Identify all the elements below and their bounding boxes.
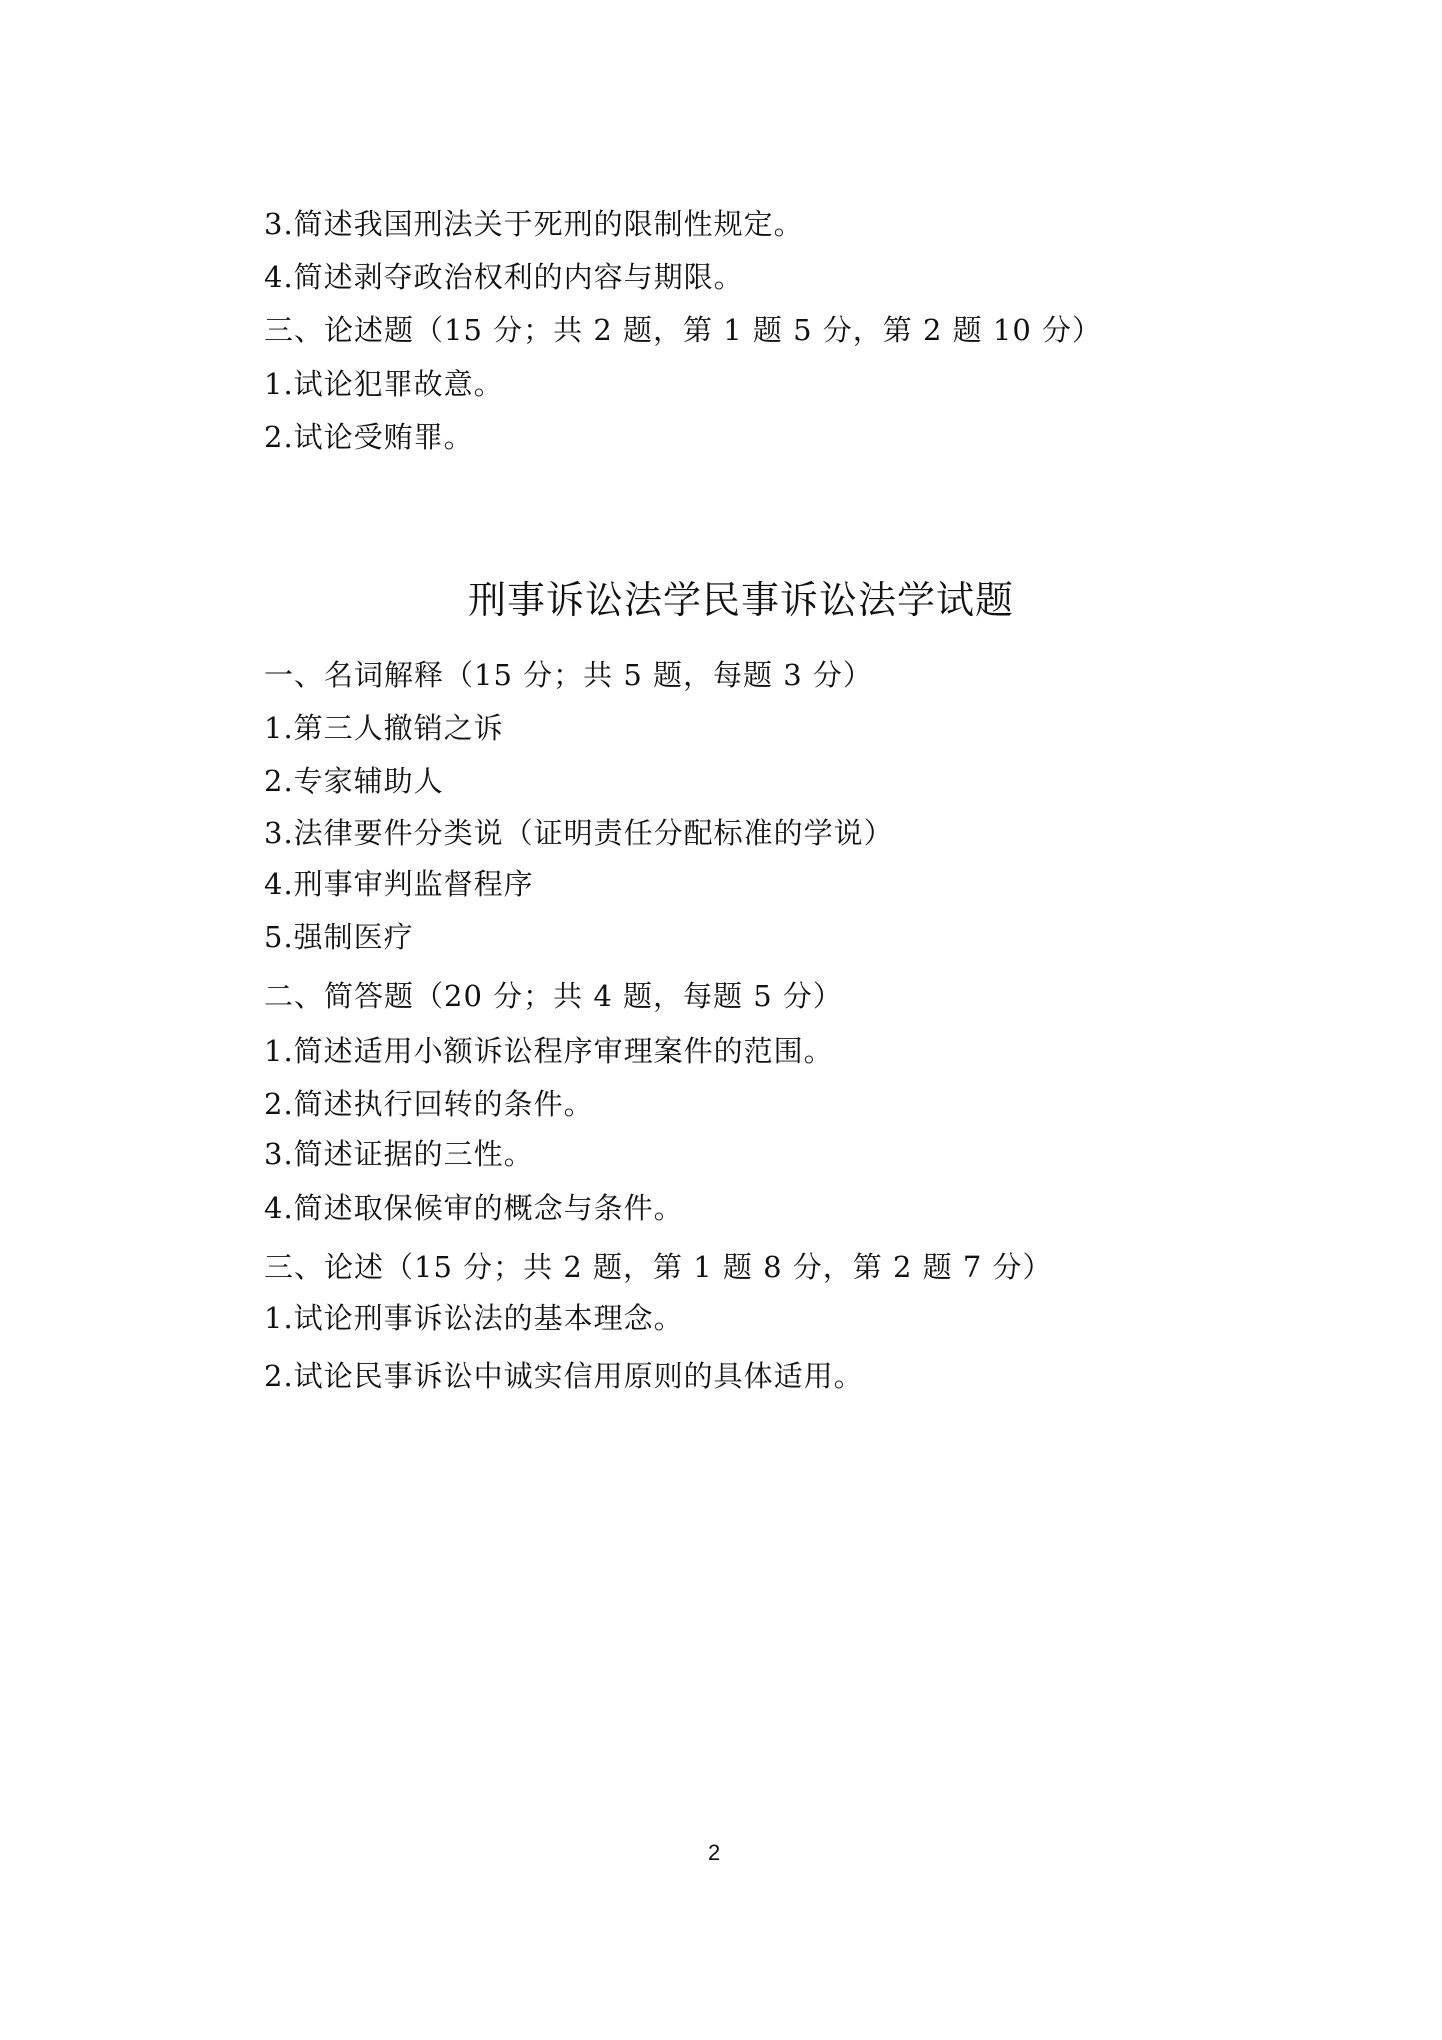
question-line: 2.简述执行回转的条件。 (264, 1086, 594, 1122)
section-heading: 一、名词解释（15 分；共 5 题，每题 3 分） (264, 657, 873, 693)
section-heading: 三、论述题（15 分；共 2 题，第 1 题 5 分，第 2 题 10 分） (264, 312, 1102, 348)
exam-title: 刑事诉讼法学民事诉讼法学试题 (0, 578, 1442, 622)
question-line: 4.刑事审判监督程序 (264, 866, 534, 902)
question-line: 3.法律要件分类说（证明责任分配标准的学说） (264, 815, 894, 851)
question-line: 4.简述剥夺政治权利的内容与期限。 (264, 259, 744, 295)
section-heading: 三、论述（15 分；共 2 题，第 1 题 8 分，第 2 题 7 分） (264, 1249, 1053, 1285)
question-line: 1.试论刑事诉讼法的基本理念。 (264, 1300, 684, 1336)
question-line: 3.简述我国刑法关于死刑的限制性规定。 (264, 206, 804, 242)
question-line: 3.简述证据的三性。 (264, 1136, 534, 1172)
question-line: 1.第三人撤销之诉 (264, 710, 504, 746)
question-line: 1.简述适用小额诉讼程序审理案件的范围。 (264, 1033, 834, 1069)
question-line: 2.专家辅助人 (264, 763, 444, 799)
question-line: 2.试论受贿罪。 (264, 419, 474, 455)
question-line: 1.试论犯罪故意。 (264, 366, 504, 402)
question-line: 5.强制医疗 (264, 919, 414, 955)
section-heading: 二、简答题（20 分；共 4 题，每题 5 分） (264, 978, 843, 1014)
question-line: 4.简述取保候审的概念与条件。 (264, 1190, 684, 1226)
page-number: 2 (708, 1840, 720, 1866)
question-line: 2.试论民事诉讼中诚实信用原则的具体适用。 (264, 1358, 864, 1394)
